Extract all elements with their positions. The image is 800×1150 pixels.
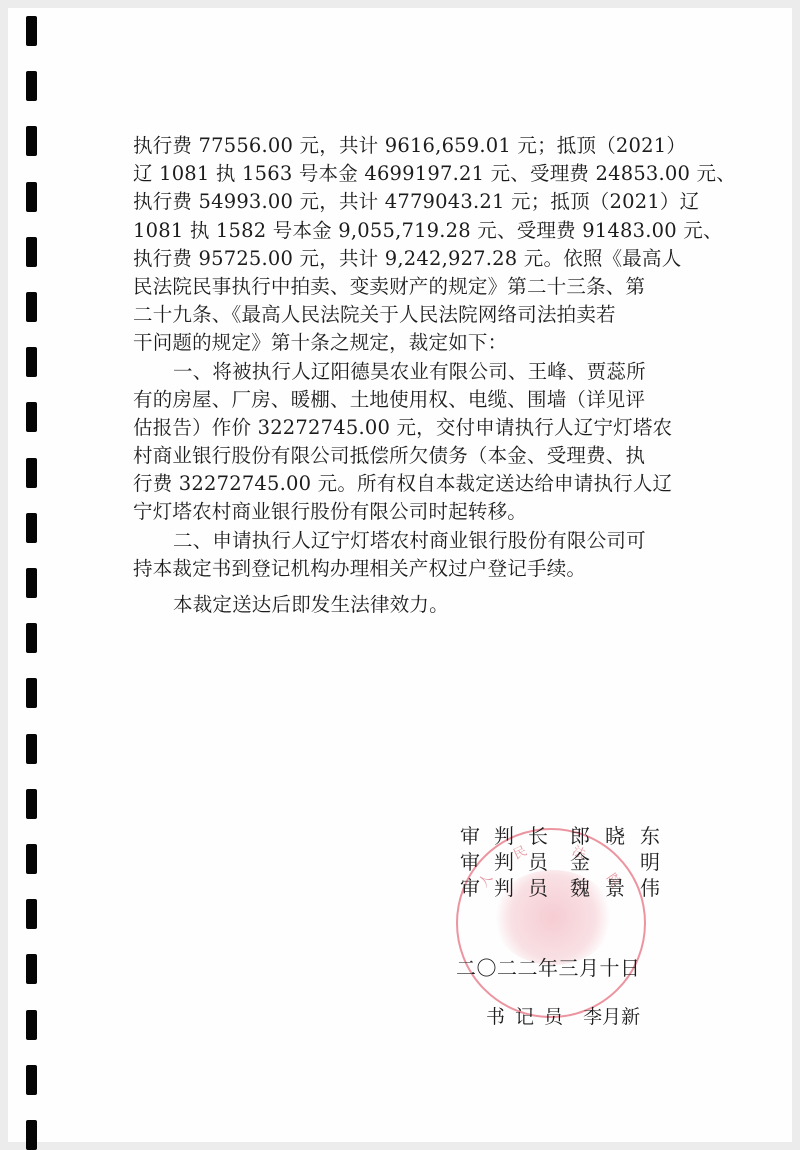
ruling-1-line: 估报告）作价 32272745.00 元，交付申请执行人辽宁灯塔农 [133,414,713,442]
binding-mark [26,568,37,598]
ruling-body: 执行费 77556.00 元，共计 9616,659.01 元；抵顶（2021）… [133,132,713,619]
binding-mark [26,1065,37,1095]
binding-mark [26,1120,37,1150]
body-line: 民法院民事执行中拍卖、变卖财产的规定》第二十三条、第 [133,273,713,301]
judge-title: 审判员 [460,875,570,901]
judge-name-char: 郎 [570,823,590,849]
ruling-2-line: 二、申请执行人辽宁灯塔农村商业银行股份有限公司可 [133,527,713,555]
judge-title: 审判员 [460,849,570,875]
signature-row: 审判员魏景伟 [460,875,660,901]
ruling-1-line: 一、将被执行人辽阳德昊农业有限公司、王峰、贾蕊所 [133,358,713,386]
binding-mark [26,734,37,764]
binding-mark [26,292,37,322]
judge-name: 郎晓东 [570,823,660,849]
binding-mark [26,899,37,929]
body-line: 执行费 54993.00 元，共计 4779043.21 元；抵顶（2021）辽 [133,188,713,216]
judge-name-char: 明 [640,849,660,875]
binding-mark [26,237,37,267]
binding-mark [26,678,37,708]
ruling-1-line: 有的房屋、厂房、暖棚、土地使用权、电缆、围墙（详见评 [133,386,713,414]
clerk-signature: 书记员 李月新 [486,1002,640,1029]
body-line: 二十九条、《最高人民法院关于人民法院网络司法拍卖若 [133,301,713,329]
clerk-title: 书记员 [486,1006,573,1028]
judge-name: 金明 [570,849,660,875]
judge-name-char: 东 [640,823,660,849]
binding-mark [26,347,37,377]
judge-name-char: 魏 [570,875,590,901]
body-line: 执行费 95725.00 元，共计 9,242,927.28 元。依照《最高人 [133,245,713,273]
binding-mark [26,1010,37,1040]
binding-mark [26,126,37,156]
binding-mark [26,16,37,46]
judge-name-char: 景 [605,875,625,901]
judge-name-char: 晓 [605,823,625,849]
ruling-1-line: 行费 32272745.00 元。所有权自本裁定送达给申请执行人辽 [133,470,713,498]
signature-row: 审判员金明 [460,849,660,875]
clerk-name: 李月新 [583,1006,640,1028]
binding-marks [26,16,38,1150]
body-line: 辽 1081 执 1563 号本金 4699197.21 元、受理费 24853… [133,160,713,188]
signature-row: 审判长郎晓东 [460,823,660,849]
body-line: 干问题的规定》第十条之规定，裁定如下： [133,329,713,357]
signature-block: 审判长郎晓东审判员金明审判员魏景伟 [460,823,660,901]
binding-mark [26,71,37,101]
ruling-date: 二〇二二年三月十日 [456,952,641,981]
binding-mark [26,844,37,874]
body-line: 1081 执 1582 号本金 9,055,719.28 元、受理费 91483… [133,217,713,245]
ruling-2-line: 持本裁定书到登记机构办理相关产权过户登记手续。 [133,555,713,583]
judge-name: 魏景伟 [570,875,660,901]
judge-name-char [605,849,625,875]
binding-mark [26,954,37,984]
effect-line: 本裁定送达后即发生法律效力。 [133,591,713,619]
ruling-1-line: 宁灯塔农村商业银行股份有限公司时起转移。 [133,498,713,526]
judge-name-char: 金 [570,849,590,875]
judge-name-char: 伟 [640,875,660,901]
binding-mark [26,458,37,488]
binding-mark [26,623,37,653]
document-page: 执行费 77556.00 元，共计 9616,659.01 元；抵顶（2021）… [8,8,792,1142]
ruling-1-line: 村商业银行股份有限公司抵偿所欠债务（本金、受理费、执 [133,442,713,470]
binding-mark [26,789,37,819]
judge-title: 审判长 [460,823,570,849]
binding-mark [26,182,37,212]
binding-mark [26,513,37,543]
body-line: 执行费 77556.00 元，共计 9616,659.01 元；抵顶（2021） [133,132,713,160]
binding-mark [26,402,37,432]
